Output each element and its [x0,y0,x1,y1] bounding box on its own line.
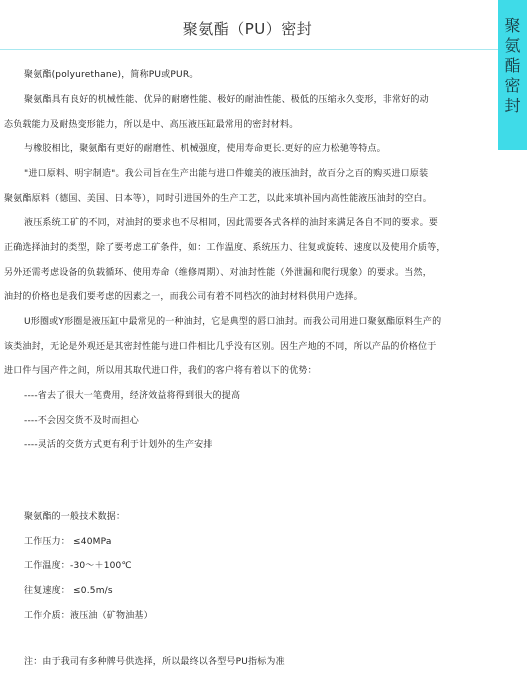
title-divider [0,49,498,50]
text-line: 态负载能力及耐热变形能力，所以是中、高压液压缸最常用的密封材料。 [4,117,298,130]
text-line: "进口原料、明宇制造"。我公司旨在生产出能与进口件媲美的液压油封，故百分之百的购… [24,166,428,179]
side-tab-char: 酯 [504,56,520,76]
text-line: 油封的价格也是我们要考虑的因素之一，而我公司有着不同档次的油封材料供用户选择。 [4,289,363,302]
text-line: 工作介质：液压油（矿物油基） [24,608,153,621]
text-line: 液压系统工矿的不同，对油封的要求也不尽相同，因此需要各式各样的油封来满足各自不同… [24,215,438,228]
text-line: 进口件与国产件之间，所以用其取代进口件，我们的客户将有着以下的优势： [4,363,317,376]
text-line: 聚氨酯原料（德国、美国、日本等），同时引进国外的生产工艺，以此来填补国内高性能液… [4,191,432,204]
text-line: 注：由于我司有多种牌号供选择，所以最终以各型号PU指标为准 [24,654,285,667]
text-line: 另外还需考虑设备的负载循环、使用寿命（维修周期）、对油封性能（外泄漏和爬行现象）… [4,265,432,278]
side-tab-char: 封 [504,96,520,116]
text-line: ----不会因交货不及时而担心 [24,413,139,426]
side-tab[interactable]: 聚 氨 酯 密 封 [498,0,527,150]
page-title: 聚氨酯（PU）密封 [0,18,495,39]
text-line: U形圈或Y形圈是液压缸中最常见的一种油封，它是典型的唇口油封。而我公司用进口聚氨… [24,314,441,327]
text-line: 工作温度：-30～＋100℃ [24,558,132,571]
text-line: 该类油封，无论是外观还是其密封性能与进口件相比几乎没有区别。因生产地的不同，所以… [4,339,436,352]
text-line: 与橡胶相比，聚氨酯有更好的耐磨性、机械强度，使用寿命更长.更好的应力松驰等特点。 [24,141,386,154]
text-line: 往复速度： ≤0.5m/s [24,583,113,596]
text-line: 聚氨酯(polyurethane)，简称PU或PUR。 [24,67,199,80]
text-line: 正确选择油封的类型，除了要考虑工矿条件，如：工作温度、系统压力、往复或旋转、速度… [4,240,446,253]
text-line: 聚氨酯具有良好的机械性能、优异的耐磨性能、极好的耐油性能、极低的压缩永久变形，非… [24,92,429,105]
text-line: 工作压力： ≤40MPa [24,534,112,547]
side-tab-char: 密 [504,76,520,96]
side-tab-char: 氨 [504,36,520,56]
text-line: ----灵活的交货方式更有利于计划外的生产安排 [24,437,213,450]
text-line: 聚氨酯的一般技术数据： [24,509,125,522]
text-line: ----省去了很大一笔费用，经济效益将得到很大的提高 [24,388,240,401]
side-tab-char: 聚 [504,16,520,36]
